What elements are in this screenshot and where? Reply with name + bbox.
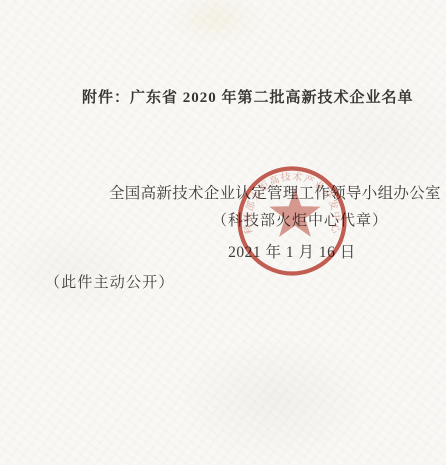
- attachment-title-line: 附件：广东省 2020 年第二批高新技术企业名单: [82, 86, 414, 107]
- official-seal-stamp: 科技部火炬高技术产业开发中心: [207, 136, 377, 306]
- seal-star-icon: [269, 188, 320, 237]
- disclosure-note-line: （此件主动公开）: [45, 271, 175, 292]
- scanned-document-page: 附件：广东省 2020 年第二批高新技术企业名单 全国高新技术企业认定管理工作领…: [0, 0, 446, 465]
